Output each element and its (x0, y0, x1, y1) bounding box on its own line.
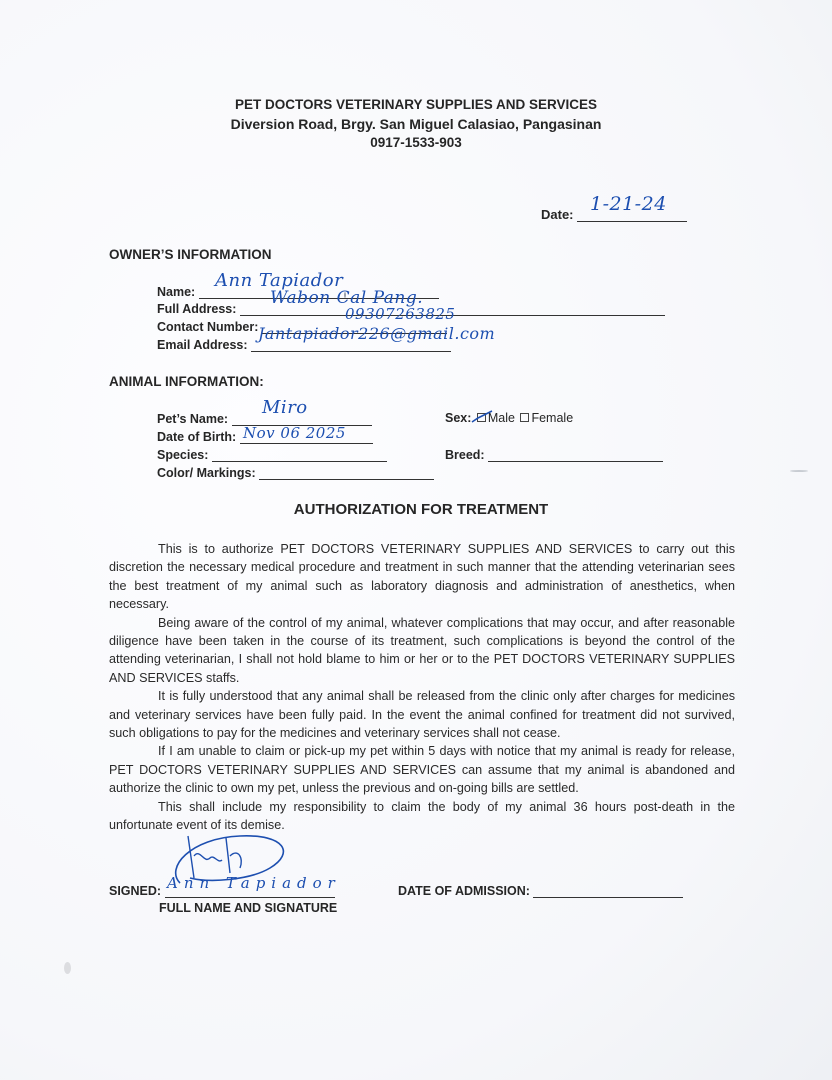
breed-label: Breed: (445, 448, 485, 462)
authorization-paragraph: Being aware of the control of my animal,… (109, 614, 735, 688)
color-markings-label: Color/ Markings: (157, 466, 256, 480)
owner-contact-value: 09307263825 (345, 305, 455, 323)
scanned-form-page: PET DOCTORS VETERINARY SUPPLIES AND SERV… (0, 0, 832, 1080)
owner-address-label: Full Address: (157, 302, 236, 316)
breed-field[interactable]: Breed: (445, 447, 663, 462)
female-checkbox[interactable] (520, 413, 529, 422)
date-of-admission-field[interactable]: DATE OF ADMISSION: (398, 883, 683, 898)
sex-label: Sex: (445, 411, 471, 425)
company-address: Diversion Road, Brgy. San Miguel Calasia… (0, 116, 832, 132)
dob-value: Nov 06 2025 (243, 424, 346, 442)
company-name: PET DOCTORS VETERINARY SUPPLIES AND SERV… (0, 97, 832, 112)
authorization-paragraph: If I am unable to claim or pick-up my pe… (109, 742, 735, 797)
color-markings-field[interactable]: Color/ Markings: (157, 465, 434, 480)
authorization-paragraph: This is to authorize PET DOCTORS VETERIN… (109, 540, 735, 614)
authorization-body: This is to authorize PET DOCTORS VETERIN… (109, 540, 735, 835)
admission-line (533, 883, 683, 898)
female-option-label: Female (531, 411, 573, 425)
paper-speck (64, 962, 71, 974)
pet-name-value: Miro (262, 397, 308, 418)
owner-name-label: Name: (157, 285, 195, 299)
admission-label: DATE OF ADMISSION: (398, 884, 530, 898)
handwritten-signature-icon (160, 828, 300, 898)
species-label: Species: (157, 448, 208, 462)
species-line (212, 447, 387, 462)
authorization-paragraph: It is fully understood that any animal s… (109, 687, 735, 742)
animal-section-title: ANIMAL INFORMATION: (109, 374, 264, 389)
signature-caption: FULL NAME AND SIGNATURE (159, 901, 337, 915)
breed-line (488, 447, 663, 462)
dob-label: Date of Birth: (157, 430, 236, 444)
male-check-mark-icon (470, 410, 494, 424)
owner-email-value: Jantapiador226@gmail.com (258, 324, 495, 343)
paper-speck (790, 470, 808, 472)
authorization-title: AUTHORIZATION FOR TREATMENT (0, 501, 832, 518)
date-value: 1-21-24 (590, 193, 667, 215)
pet-name-label: Pet’s Name: (157, 412, 228, 426)
owner-email-label: Email Address: (157, 338, 248, 352)
signed-label: SIGNED: (109, 884, 161, 898)
owner-contact-label: Contact Number: (157, 320, 258, 334)
color-markings-line (259, 465, 434, 480)
sex-field: Sex: Male Female (445, 411, 573, 425)
owner-section-title: OWNER’S INFORMATION (109, 247, 272, 262)
species-field[interactable]: Species: (157, 447, 387, 462)
date-label: Date: (541, 207, 574, 222)
company-phone: 0917-1533-903 (0, 135, 832, 150)
paper-speck (344, 292, 346, 298)
